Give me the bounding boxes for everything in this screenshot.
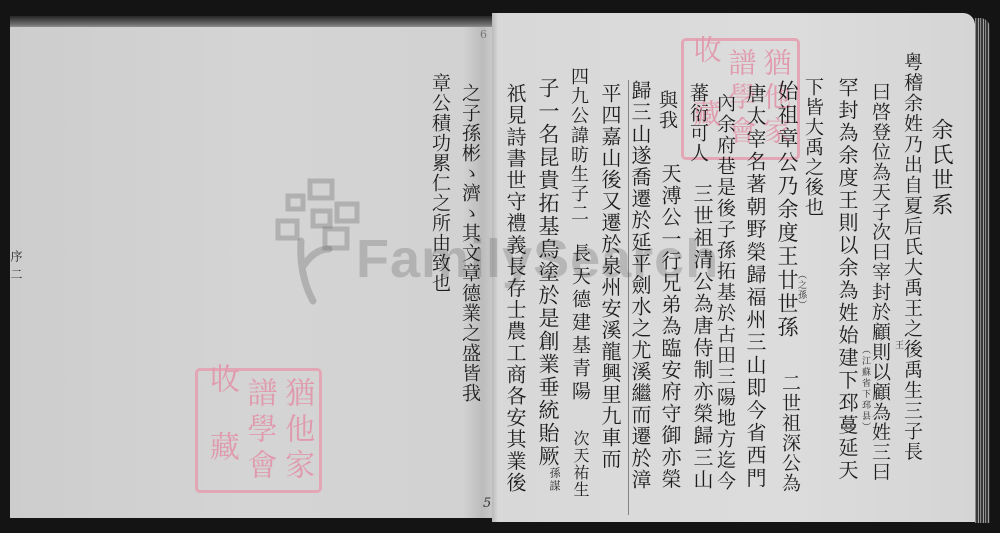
text-column: 長天德建基青陽 <box>570 243 589 404</box>
familysearch-tree-icon <box>273 175 365 305</box>
section-title: 余氏世系 <box>929 118 951 218</box>
seal-line: 猶他家 <box>281 377 311 485</box>
inline-annotation: （江蘇省下邳县） <box>860 345 869 433</box>
seal-line: 收藏 <box>206 363 236 499</box>
text-column: 曰啓登位為天子次曰宰封於顧則以顧為姓三曰 <box>870 82 889 482</box>
seal-line: 譜學會 <box>243 377 273 485</box>
text-column: 次天祐生 <box>572 430 588 498</box>
inline-annotation: 王 <box>893 340 902 349</box>
text-column: 三世祖清公為唐侍制亦榮歸三山 <box>692 183 712 491</box>
page-stack-edges <box>975 18 990 523</box>
text-column: 歸三山遂喬遷於延平劍水之尤溪繼而遷於漳 <box>630 80 650 490</box>
text-column: 子一名昆貴拓基烏塗於是創業垂統貽厥 <box>537 77 558 468</box>
inline-annotation: （之孫） <box>796 270 805 310</box>
text-column: 章公積功累仁之所由致也 <box>430 73 449 293</box>
text-column: 罕封為余度王則以余為姓始建下邳蔓延天 <box>837 77 857 482</box>
collection-seal-left: 猶他家 譜學會 收藏 <box>195 368 322 493</box>
top-page-number: 6 <box>480 29 487 40</box>
bottom-page-number: 5 <box>483 497 491 510</box>
text-column: 蕃衍可人 <box>688 83 707 163</box>
text-column: 粤稽余姓乃出自夏后氏大禹王之後禹生三子長 <box>902 52 921 462</box>
text-column: 唐太宰名著朝野榮歸福州三山即今省西門 <box>745 83 765 490</box>
text-column: 平四嘉山後又遷於泉州安溪龍興里九車而 <box>600 83 620 470</box>
text-column: 內余府巷是後子孫拓基於古田三陽地方迄今 <box>715 93 734 492</box>
text-column: 始祖章公乃余度王廿世孫 <box>776 80 797 340</box>
text-column: 二世祖深公為 <box>780 373 799 493</box>
text-column: 祇見詩書世守禮義長存士農工商各安其業後 <box>505 83 525 493</box>
text-column: 與我 <box>657 90 676 130</box>
text-column: 之子孫彬ゝ濟ゝ其文章德業之盛皆我 <box>460 83 479 403</box>
inline-annotation: 孫謀 <box>549 467 560 493</box>
margin-label: 序二 <box>10 250 22 286</box>
text-column: 天溥公一行兄弟為臨安府守御亦榮 <box>660 163 680 490</box>
text-column: 下皆大禹之後也 <box>803 77 822 217</box>
text-column: 四九公諱昉生子二 <box>569 67 587 223</box>
scanned-book-spread: 猶他家 譜學會 收藏 猶他家 譜學會 收藏 FamilySearch 序二 之子… <box>0 0 1000 533</box>
